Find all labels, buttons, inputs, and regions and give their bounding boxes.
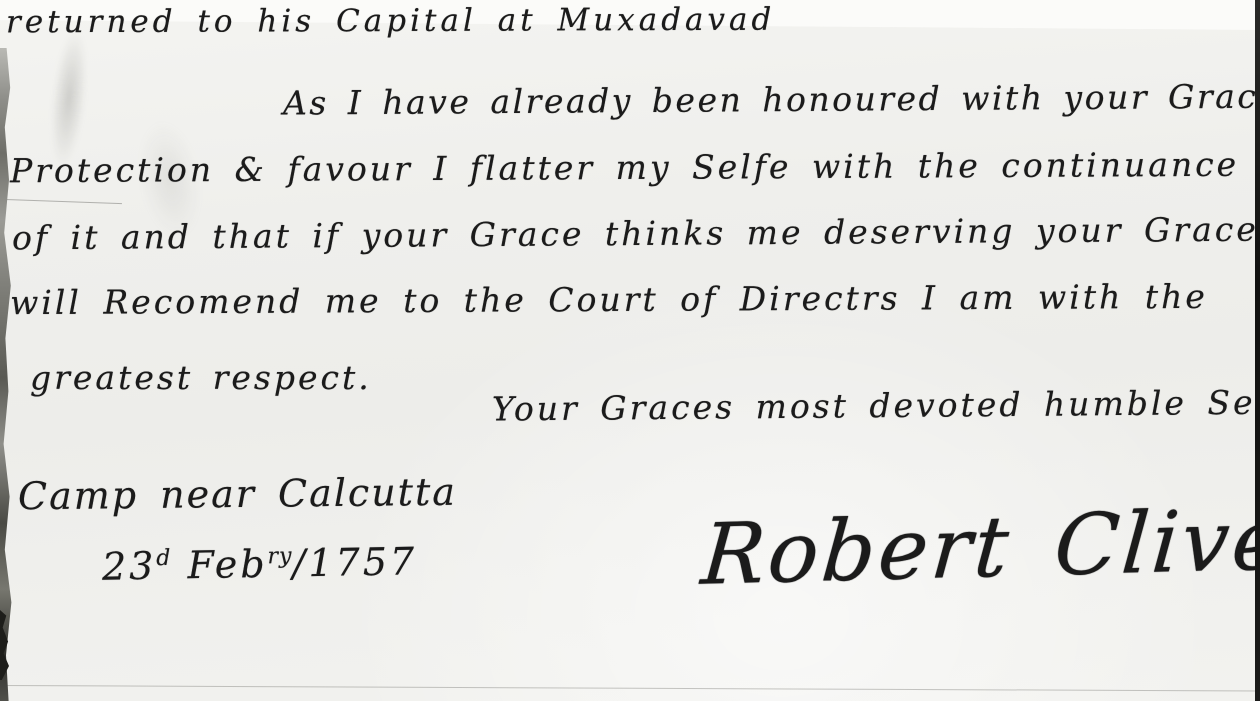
date-month-suffix: ry xyxy=(267,544,292,569)
body-line-2: As I have already been honoured with you… xyxy=(283,76,1260,122)
place-line: Camp near Calcutta xyxy=(18,470,457,519)
photo-right-edge xyxy=(1255,0,1260,708)
body-line-6: greatest respect. xyxy=(30,358,372,397)
date-day: 23 xyxy=(102,544,157,589)
date-month: Feb xyxy=(187,542,268,587)
body-line-5: will Recomend me to the Court of Directr… xyxy=(10,277,1208,322)
letter-photograph: returned to his Capital at Muxadavad As … xyxy=(0,0,1260,708)
body-line-3: Protection & favour I flatter my Selfe w… xyxy=(10,145,1239,190)
date-day-suffix: d xyxy=(156,546,172,571)
date-year: 1757 xyxy=(308,539,417,585)
photo-bottom-edge xyxy=(0,701,1260,708)
body-line-1: returned to his Capital at Muxadavad xyxy=(6,2,775,41)
date-separator: / xyxy=(292,541,309,585)
date-line: 23dFebry/1757 xyxy=(102,539,418,588)
signature: Robert Clive xyxy=(698,490,1260,603)
closing-line: Your Graces most devoted humble Serv xyxy=(492,382,1260,428)
